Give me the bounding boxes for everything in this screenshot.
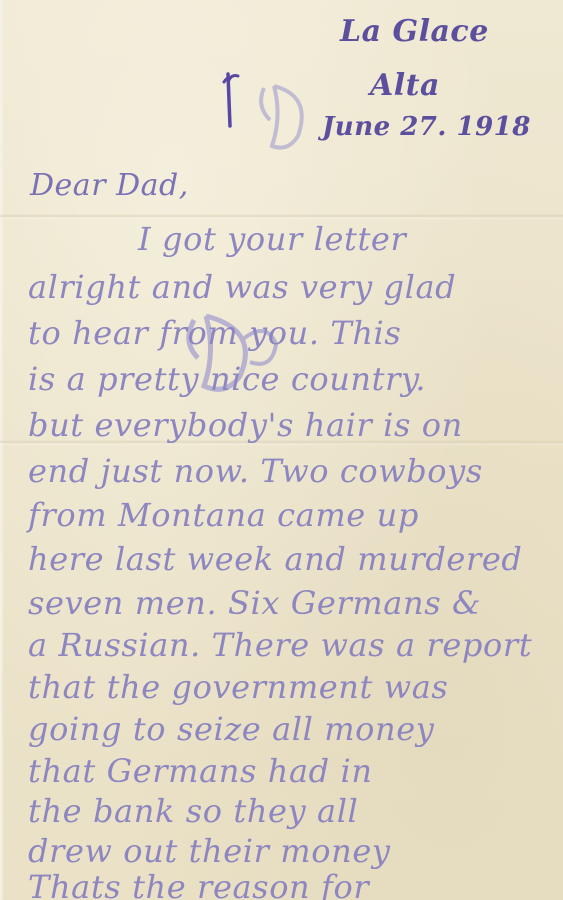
salutation: Dear Dad,: [30, 168, 189, 203]
letter-line: Thats the reason for: [28, 868, 369, 900]
letter-line: that Germans had in: [28, 752, 373, 790]
letter-line: seven men. Six Germans &: [28, 584, 481, 622]
check-mark-icon: [222, 70, 240, 128]
province-abbrev: Alta: [370, 68, 440, 103]
letter-page: La Glace Alta June 27. 1918 Dear Dad, I …: [0, 0, 563, 900]
letter-line: going to seize all money: [28, 710, 434, 748]
letter-line: here last week and murdered: [28, 540, 522, 578]
letter-line: alright and was very glad: [28, 268, 456, 306]
monogram-stamp-icon: [252, 76, 322, 156]
letter-line: drew out their money: [28, 832, 391, 870]
letter-line: to hear from you. This: [28, 314, 401, 352]
letter-line: I got your letter: [138, 220, 406, 258]
place-name: La Glace: [340, 14, 489, 49]
letter-line: but everybody's hair is on: [28, 406, 463, 444]
letter-line: a Russian. There was a report: [28, 626, 532, 664]
letter-line: is a pretty nice country.: [28, 360, 426, 398]
letter-line: end just now. Two cowboys: [28, 452, 483, 490]
letter-line: the bank so they all: [28, 792, 358, 830]
letter-line: from Montana came up: [28, 496, 419, 534]
letter-date: June 27. 1918: [322, 112, 531, 142]
letter-line: that the government was: [28, 668, 448, 706]
